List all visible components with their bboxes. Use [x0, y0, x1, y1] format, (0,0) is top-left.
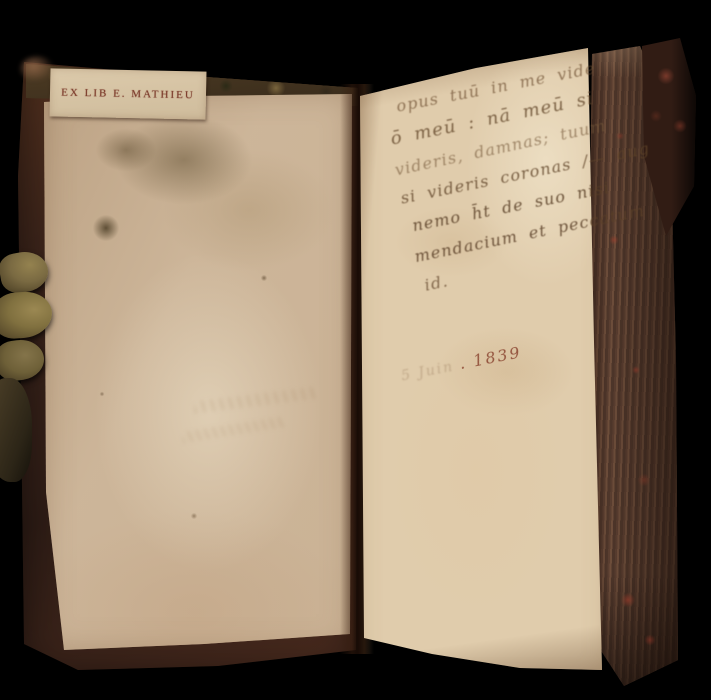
faint-ink-smudge — [194, 386, 320, 413]
ex-libris-text: EX LIB E. MATHIEU — [61, 87, 195, 102]
leather-corner-highlight — [20, 56, 54, 82]
faint-ink-smudge — [182, 416, 287, 443]
photo-open-antique-book: EX LIB E. MATHIEU opus tuū in me vide ō … — [0, 0, 711, 700]
pastedown-paper — [44, 92, 352, 650]
ex-libris-stamp: EX LIB E. MATHIEU — [50, 68, 207, 119]
